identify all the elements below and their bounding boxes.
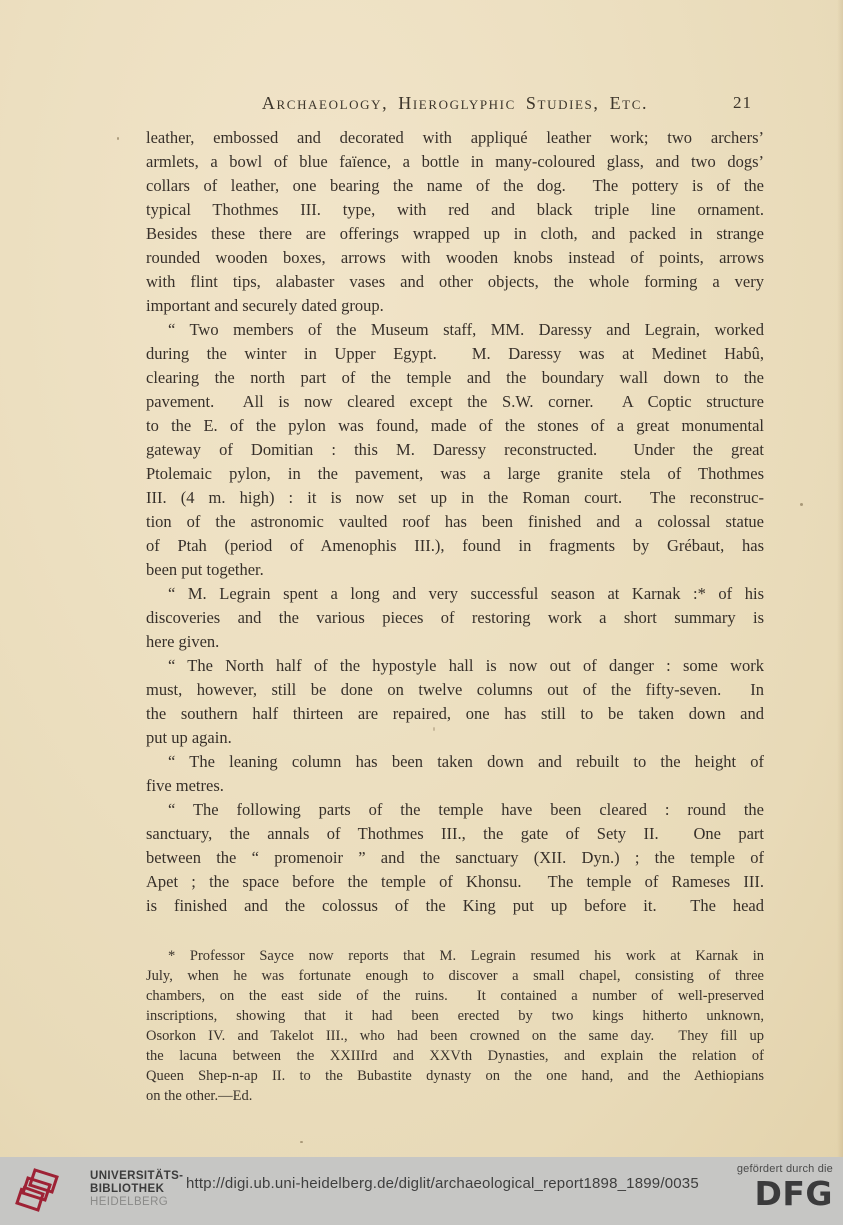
body-text: leather, embossed and decorated with app… [146,126,764,918]
funding-attribution: gefördert durch die DFG [737,1163,833,1211]
text-line: on the other.—Ed. [146,1086,764,1106]
text-line: must, however, still be done on twelve c… [146,678,764,702]
text-line: been put together. [146,558,764,582]
paper-speck [117,137,119,140]
text-line: Osorkon IV. and Takelot III., who had be… [146,1026,764,1046]
text-line: between the “ promenoir ” and the sanctu… [146,846,764,870]
text-line: * Professor Sayce now reports that M. Le… [146,946,764,966]
text-line: III. (4 m. high) : it is now set up in t… [146,486,764,510]
document-url: http://digi.ub.uni-heidelberg.de/diglit/… [186,1175,696,1192]
text-line: leather, embossed and decorated with app… [146,126,764,150]
text-line: important and securely dated group. [146,294,764,318]
dfg-logo: DFG [737,1177,833,1211]
text-line: sanctuary, the annals of Thothmes III., … [146,822,764,846]
text-line: Ptolemaic pylon, in the pavement, was a … [146,462,764,486]
text-line: the lacuna between the XXIIIrd and XXVth… [146,1046,764,1066]
paragraph-5: “ The leaning column has been taken down… [146,750,764,798]
digitized-page-view: { "page": { "header": { "title": "Archae… [0,0,843,1225]
library-name-line2: BIBLIOTHEK [90,1183,183,1196]
university-library-name: UNIVERSITÄTS- BIBLIOTHEK HEIDELBERG [90,1170,183,1209]
text-line: the southern half thirteen are repaired,… [146,702,764,726]
text-line: during the winter in Upper Egypt. M. Dar… [146,342,764,366]
paper-speck [300,1141,303,1143]
text-line: July, when he was fortunate enough to di… [146,966,764,986]
text-line: to the E. of the pylon was found, made o… [146,414,764,438]
paragraph-6: “ The following parts of the temple have… [146,798,764,918]
text-line: pavement. All is now cleared except the … [146,390,764,414]
text-line: rounded wooden boxes, arrows with wooden… [146,246,764,270]
text-line: five metres. [146,774,764,798]
text-line: collars of leather, one bearing the name… [146,174,764,198]
footnote: * Professor Sayce now reports that M. Le… [146,946,764,1106]
text-line: typical Thothmes III. type, with red and… [146,198,764,222]
text-line: armlets, a bowl of blue faïence, a bottl… [146,150,764,174]
paper-edge-shading [837,0,843,1157]
text-line: “ The leaning column has been taken down… [146,750,764,774]
text-line: tion of the astronomic vaulted roof has … [146,510,764,534]
text-line: put up again. [146,726,764,750]
text-line: with flint tips, alabaster vases and oth… [146,270,764,294]
text-line: Besides these there are offerings wrappe… [146,222,764,246]
library-name-line3: HEIDELBERG [90,1196,183,1209]
text-line: chambers, on the east side of the ruins.… [146,986,764,1006]
text-line: “ M. Legrain spent a long and very succe… [146,582,764,606]
scanned-page: Archaeology, Hieroglyphic Studies, Etc. … [0,0,843,1157]
text-line: clearing the north part of the temple an… [146,366,764,390]
text-line: of Ptah (period of Amenophis III.), foun… [146,534,764,558]
library-name-line1: UNIVERSITÄTS- [90,1170,183,1183]
text-line: is finished and the colossus of the King… [146,894,764,918]
page-header: Archaeology, Hieroglyphic Studies, Etc. … [146,90,764,116]
text-line: “ The following parts of the temple have… [146,798,764,822]
running-title: Archaeology, Hieroglyphic Studies, Etc. [146,90,764,116]
paragraph-4: “ The North half of the hypostyle hall i… [146,654,764,750]
paper-speck [800,503,803,506]
text-line: gateway of Domitian : this M. Daressy re… [146,438,764,462]
university-library-logo-icon [14,1166,66,1216]
text-line: “ The North half of the hypostyle hall i… [146,654,764,678]
paragraph-3: “ M. Legrain spent a long and very succe… [146,582,764,654]
paragraph-1: leather, embossed and decorated with app… [146,126,764,318]
text-line: “ Two members of the Museum staff, MM. D… [146,318,764,342]
text-line: Queen Shep-n-ap II. to the Bubastite dyn… [146,1066,764,1086]
text-line: discoveries and the various pieces of re… [146,606,764,630]
paragraph-footnote: * Professor Sayce now reports that M. Le… [146,946,764,1106]
text-line: inscriptions, showing that it had been e… [146,1006,764,1026]
page-number: 21 [733,90,752,116]
viewer-footer-bar: UNIVERSITÄTS- BIBLIOTHEK HEIDELBERG http… [0,1157,843,1225]
text-line: Apet ; the space before the temple of Kh… [146,870,764,894]
paragraph-2: “ Two members of the Museum staff, MM. D… [146,318,764,582]
text-line: here given. [146,630,764,654]
